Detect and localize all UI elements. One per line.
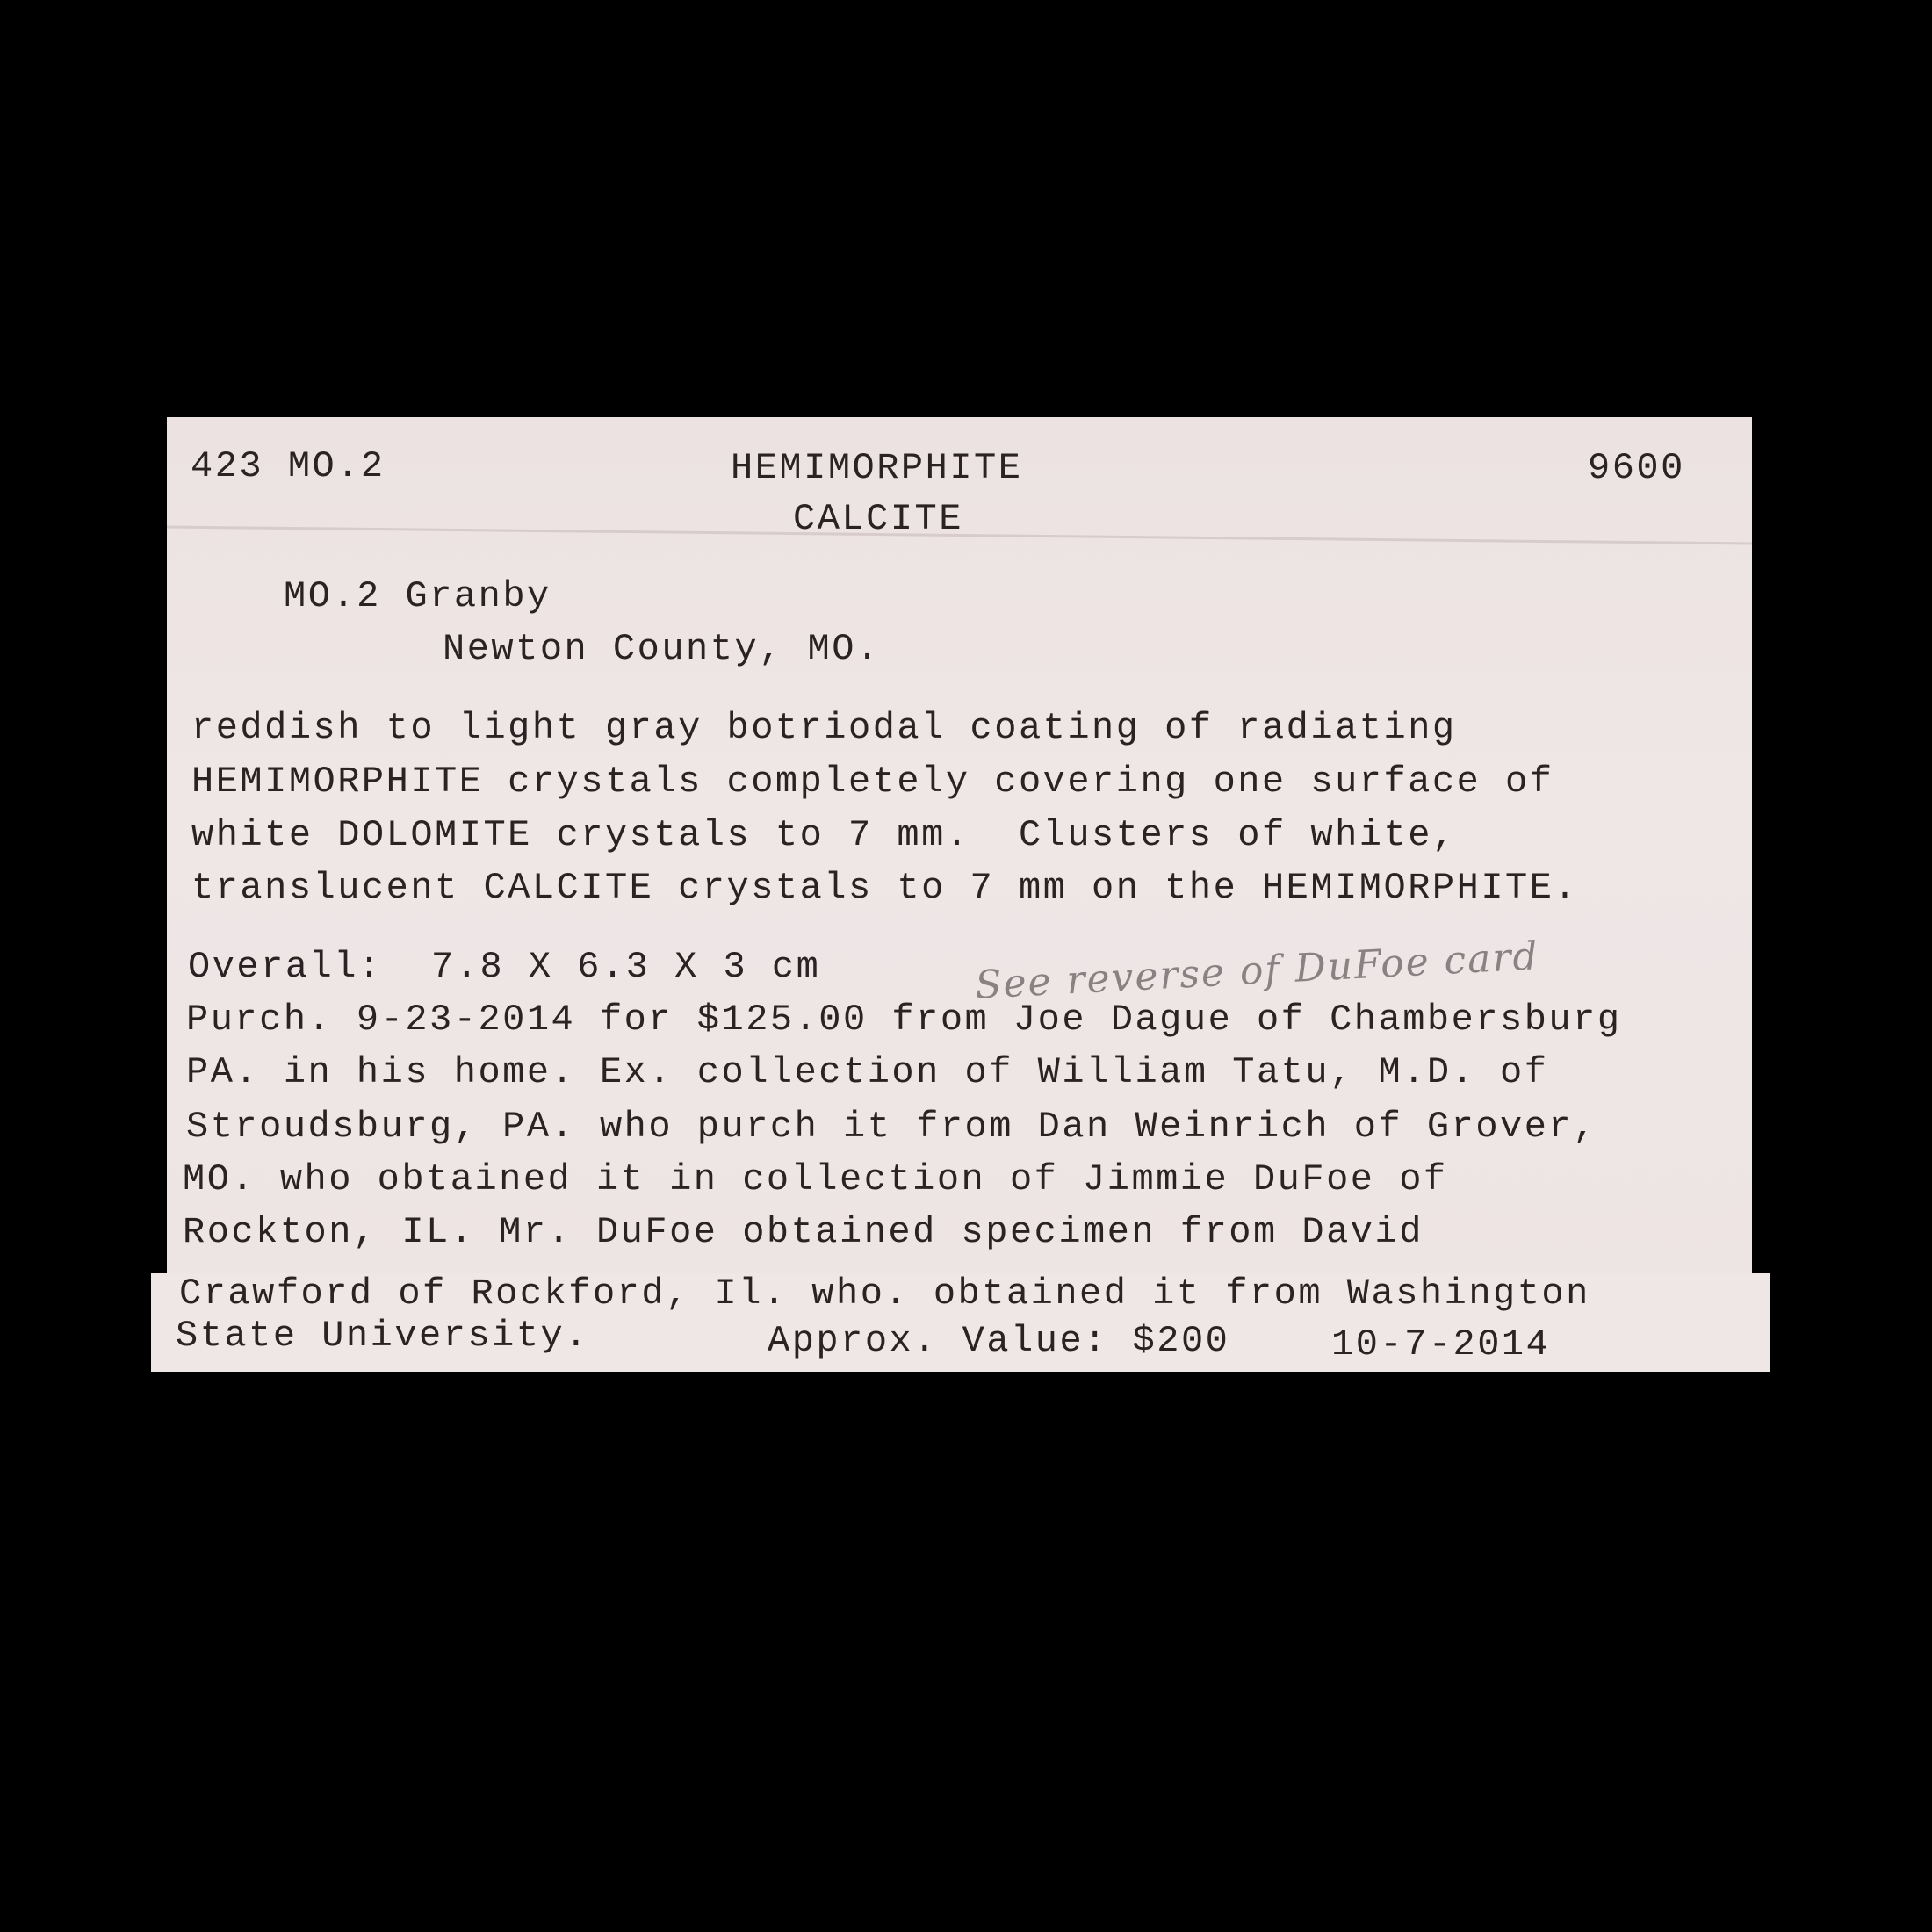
description-line: HEMIMORPHITE crystals completely coverin… — [191, 763, 1554, 800]
provenance-line: Crawford of Rockford, Il. who. obtained … — [179, 1275, 1590, 1312]
description-line: reddish to light gray botriodal coating … — [191, 710, 1457, 746]
locality-line-1: MO.2 Granby — [284, 578, 551, 615]
approx-value: Approx. Value: $200 — [768, 1323, 1229, 1359]
catalog-number-right: 9600 — [1588, 450, 1685, 487]
provenance-line: Rockton, IL. Mr. DuFoe obtained specimen… — [183, 1214, 1424, 1251]
appraisal-date: 10-7-2014 — [1331, 1326, 1550, 1363]
description-line: white DOLOMITE crystals to 7 mm. Cluster… — [191, 817, 1457, 854]
description-line: translucent CALCITE crystals to 7 mm on … — [191, 869, 1578, 906]
size-line: Overall: 7.8 X 6.3 X 3 cm — [188, 948, 820, 985]
provenance-line: Stroudsburg, PA. who purch it from Dan W… — [186, 1108, 1597, 1145]
provenance-line: Purch. 9-23-2014 for $125.00 from Joe Da… — [186, 1001, 1622, 1038]
provenance-line: PA. in his home. Ex. collection of Willi… — [186, 1054, 1548, 1091]
catalog-number-left: 423 MO.2 — [191, 448, 386, 485]
mineral-primary: HEMIMORPHITE — [731, 450, 1022, 487]
provenance-line: MO. who obtained it in collection of Jim… — [183, 1161, 1448, 1198]
locality-line-2: Newton County, MO. — [443, 631, 881, 667]
mineral-secondary: CALCITE — [793, 501, 963, 537]
footer-institution: State University. — [176, 1317, 589, 1354]
